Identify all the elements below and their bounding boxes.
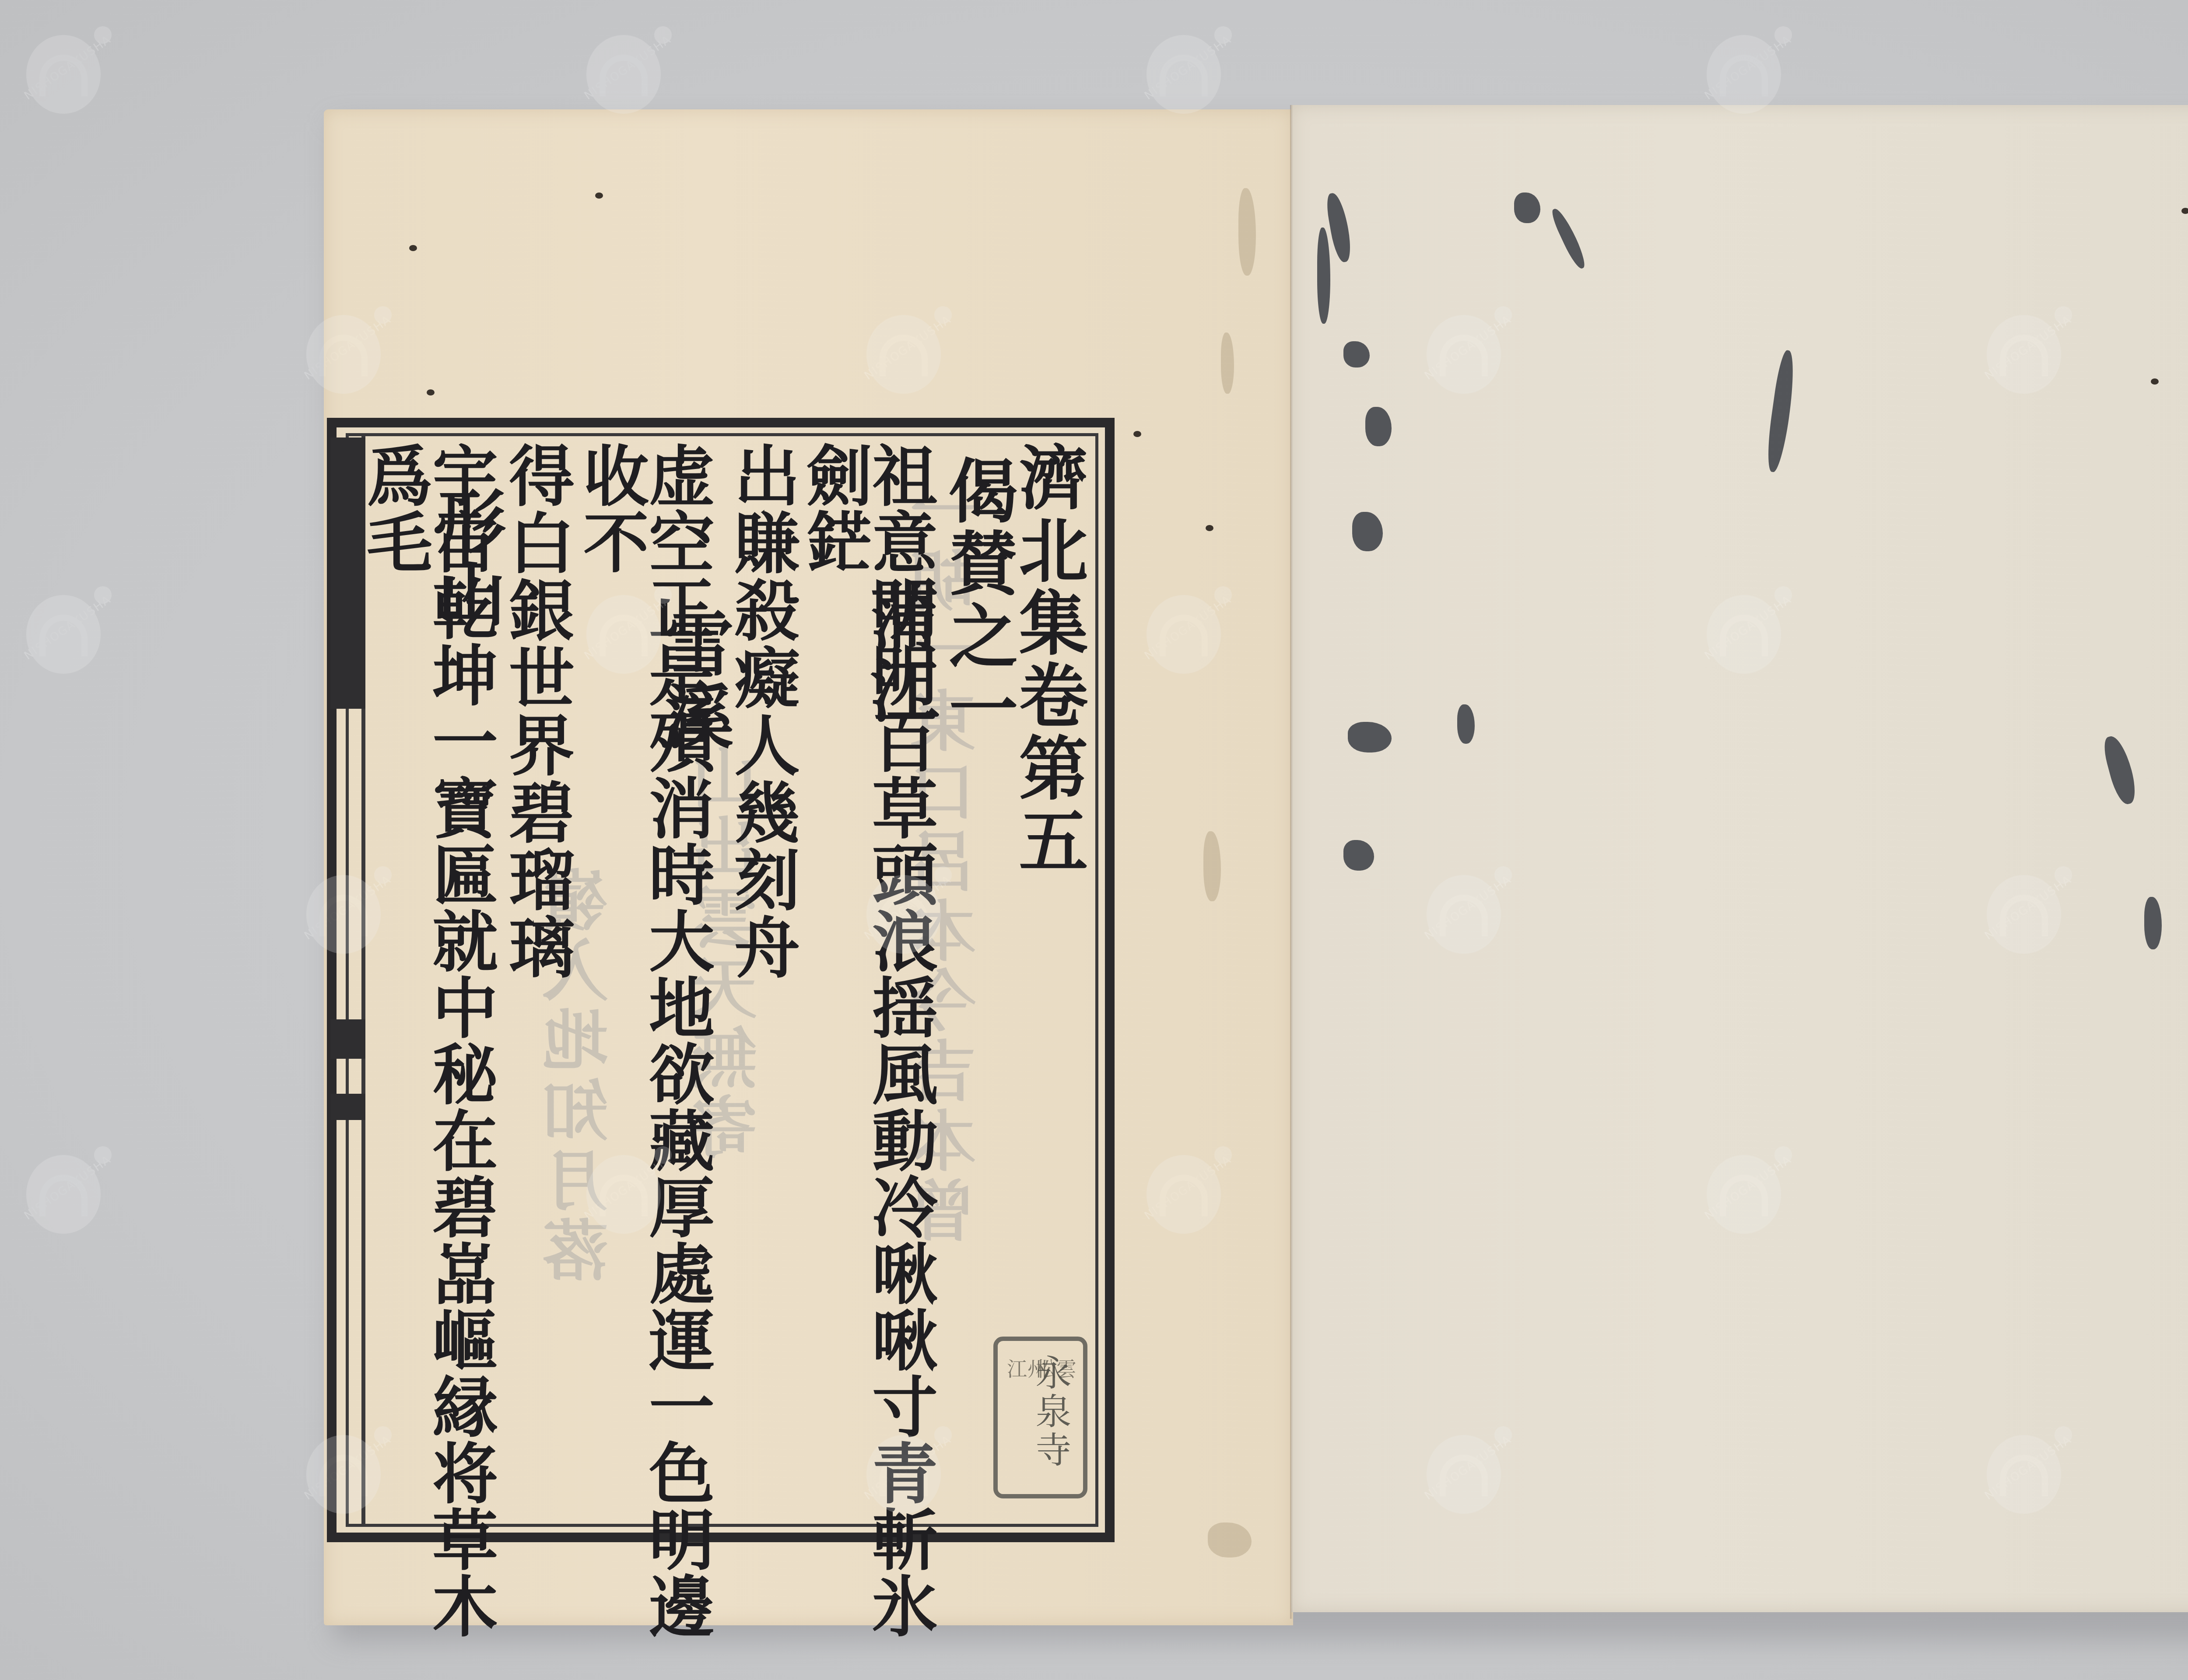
seal-city: 松江 — [1001, 1358, 1059, 1494]
watermark-logo-icon: NISHOGAKUSHA — [578, 577, 678, 678]
watermark-logo-icon: NISHOGAKUSHA — [1698, 17, 1799, 118]
wormhole-dot — [1133, 431, 1141, 437]
temple-seal-stamp: 雲州 永泉寺 松江 — [993, 1337, 1087, 1498]
watermark-logo-icon: NISHOGAKUSHA — [1978, 857, 2079, 958]
watermark-logo-icon: NISHOGAKUSHA — [1418, 297, 1518, 398]
center-fold — [1290, 105, 1293, 1619]
watermark-logo-icon: NISHOGAKUSHA — [1418, 1417, 1518, 1518]
watermark-logo-icon: NISHOGAKUSHA — [298, 1417, 398, 1518]
watermark-logo-icon: NISHOGAKUSHA — [1978, 1417, 2079, 1518]
watermark-logo-icon: NISHOGAKUSHA — [858, 857, 958, 958]
watermark-logo-icon: NISHOGAKUSHA — [578, 1137, 678, 1238]
heading-column: 濟北集卷第五 — [1013, 442, 1082, 878]
print-frame-side-block — [330, 1019, 365, 1059]
watermark-logo-icon: NISHOGAKUSHA — [1138, 17, 1238, 118]
watermark-logo-icon: NISHOGAKUSHA — [1698, 1137, 1799, 1238]
watermark-logo-icon: NISHOGAKUSHA — [1138, 1137, 1238, 1238]
wormhole-dot — [427, 389, 435, 395]
wormhole-dot — [409, 245, 417, 251]
watermark-logo-icon: NISHOGAKUSHA — [18, 17, 118, 118]
wormhole-dot — [595, 192, 603, 199]
watermark-logo-icon: NISHOGAKUSHA — [578, 17, 678, 118]
watermark-logo-icon: NISHOGAKUSHA — [18, 577, 118, 678]
watermark-logo-icon: NISHOGAKUSHA — [1418, 857, 1518, 958]
watermark-logo-icon: NISHOGAKUSHA — [858, 297, 958, 398]
section-title: 偈賛之一 — [943, 455, 1012, 745]
print-frame-side-block — [330, 1094, 365, 1120]
watermark-logo-icon: NISHOGAKUSHA — [1138, 577, 1238, 678]
watermark-logo-icon: NISHOGAKUSHA — [858, 1417, 958, 1518]
watermark-logo-icon: NISHOGAKUSHA — [1978, 297, 2079, 398]
watermark-logo-icon: NISHOGAKUSHA — [298, 857, 398, 958]
wormhole-dot — [2181, 208, 2188, 214]
wormhole-dot — [2151, 378, 2159, 385]
watermark-logo-icon: NISHOGAKUSHA — [298, 297, 398, 398]
wormhole-dot — [1206, 525, 1213, 531]
watermark-logo-icon: NISHOGAKUSHA — [1698, 577, 1799, 678]
verse-column: 得白銀世界碧瑠璃 — [503, 442, 569, 981]
watermark-logo-icon: NISHOGAKUSHA — [18, 1137, 118, 1238]
verse-column: 出賺殺癡人幾刻舟 — [729, 442, 794, 981]
